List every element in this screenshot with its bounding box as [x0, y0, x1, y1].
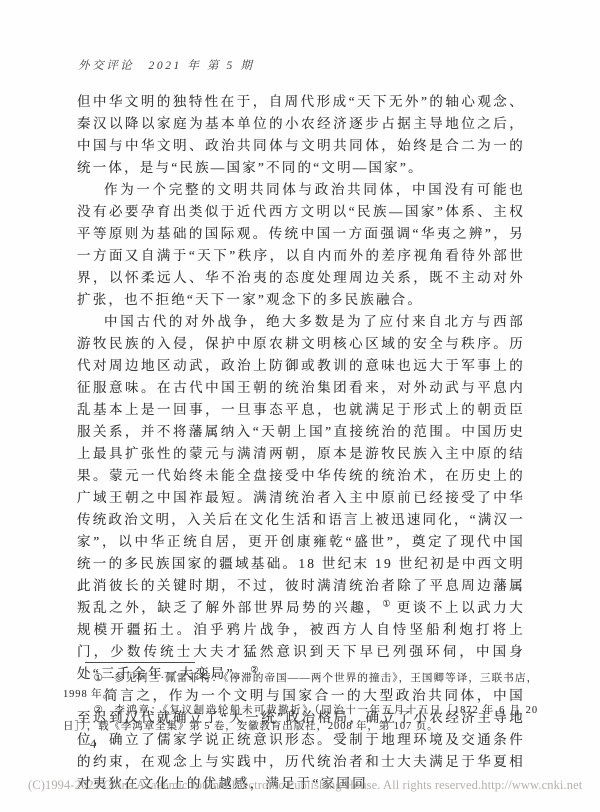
footnotes: ①参见阿兰·佩雷菲特：《停滞的帝国——两个世界的撞击》，王国卿等译，三联书店，1… — [63, 671, 538, 735]
journal-page: 外交评论 2021 年 第 5 期 但中华文明的独特性在于，自周代形成“天下无外… — [0, 0, 600, 812]
journal-header: 外交评论 2021 年 第 5 期 — [78, 57, 254, 73]
copyright-watermark: (C)1994-2022 China Academic Journal Elec… — [28, 778, 573, 793]
footnote-text: 李鸿章：《复议制造轮船未可裁撤折》（同治十一年五月十五日［1872 年 6 月 … — [63, 705, 538, 732]
footnote-marker: ① — [93, 673, 104, 684]
footnote-marker: ② — [93, 705, 104, 716]
footnote-item: ②李鸿章：《复议制造轮船未可裁撤折》（同治十一年五月十五日［1872 年 6 月… — [63, 703, 538, 735]
footnote-item: ①参见阿兰·佩雷菲特：《停滞的帝国——两个世界的撞击》，王国卿等译，三联书店，1… — [63, 671, 538, 703]
page-number: 4 — [90, 737, 96, 752]
footnote-divider — [85, 662, 195, 663]
watermark-url: http://www.cnki.net — [481, 778, 582, 793]
paragraph: 中国古代的对外战争，绝大多数是为了应付来自北方与西部游牧民族的入侵，保护中原农耕… — [77, 311, 525, 685]
footnote-text: 参见阿兰·佩雷菲特：《停滞的帝国——两个世界的撞击》，王国卿等译，三联书店，19… — [63, 673, 538, 700]
copyright-text: (C)1994-2022 China Academic Journal Elec… — [28, 778, 481, 793]
paragraph: 但中华文明的独特性在于，自周代形成“天下无外”的轴心观念、秦汉以降以家庭为基本单… — [77, 91, 525, 179]
paragraph: 作为一个完整的文明共同体与政治共同体，中国没有可能也没有必要孕育出类似于近代西方… — [77, 179, 525, 311]
